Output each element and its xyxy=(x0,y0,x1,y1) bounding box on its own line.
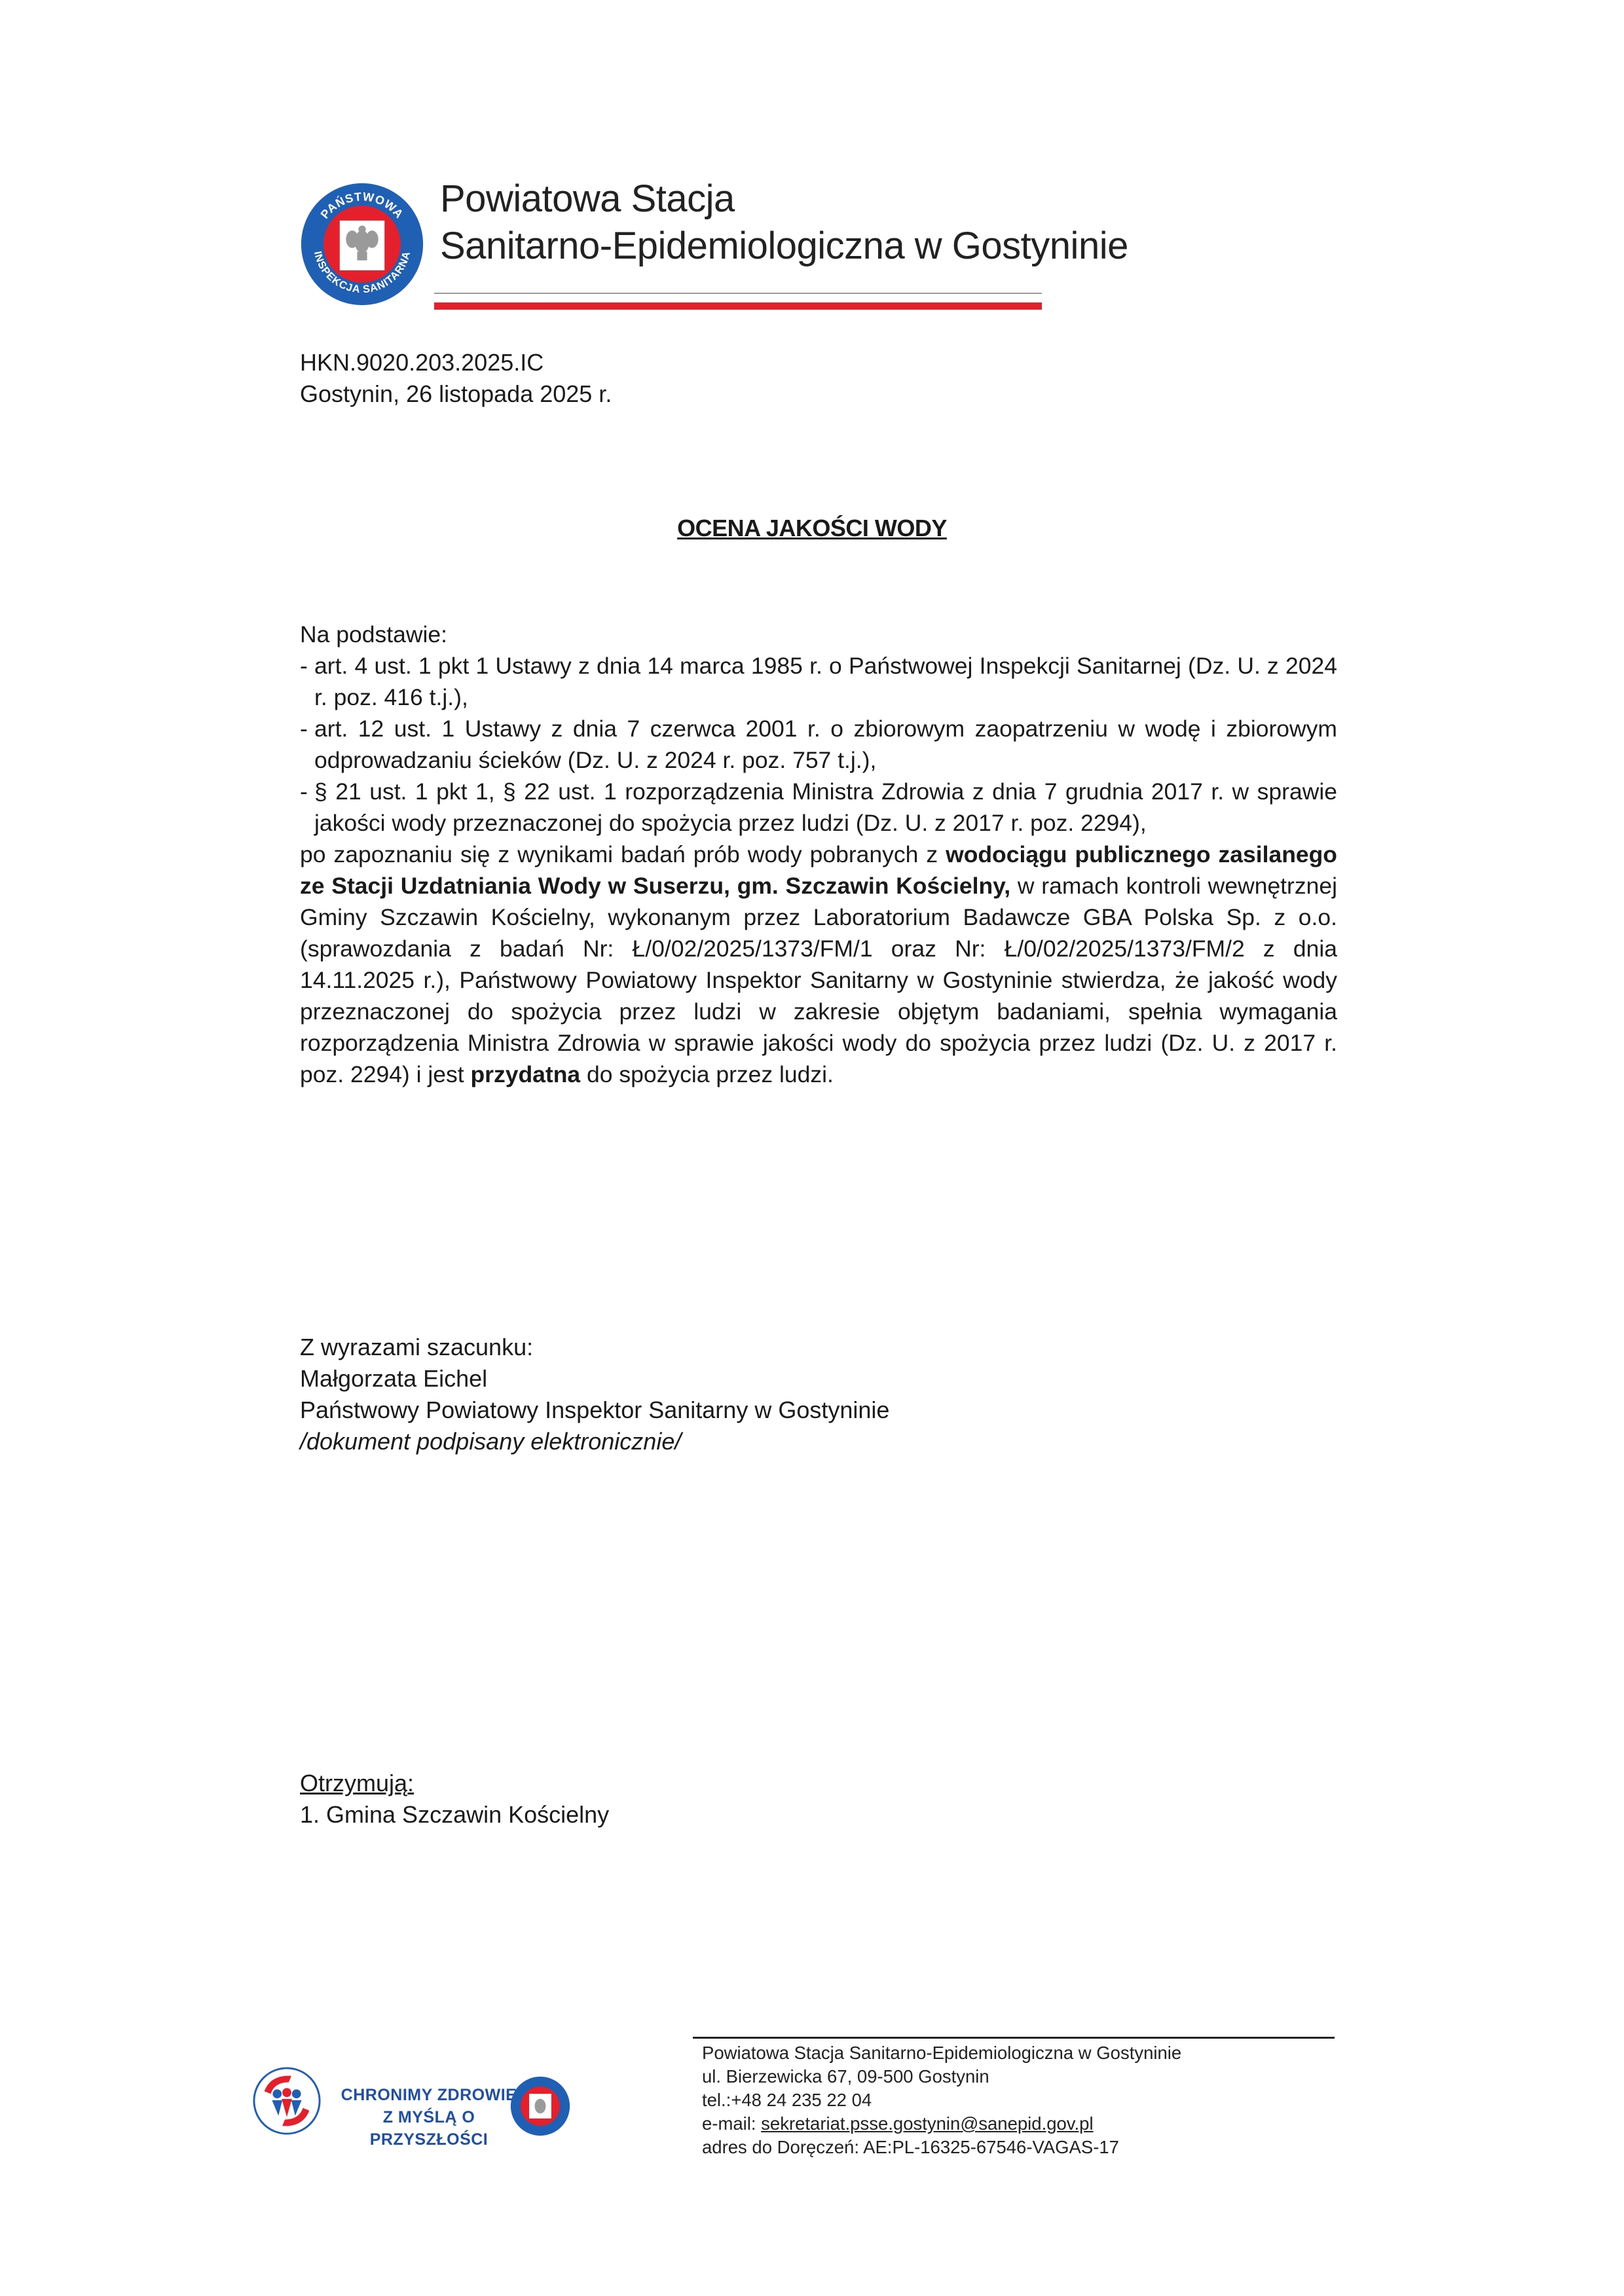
intro-text: Na podstawie: xyxy=(300,619,1337,650)
signer-name: Małgorzata Eichel xyxy=(300,1363,889,1394)
header-divider-red xyxy=(434,302,1042,310)
legal-basis-text: art. 4 ust. 1 pkt 1 Ustawy z dnia 14 mar… xyxy=(314,650,1337,713)
recipient-item: 1. Gmina Szczawin Kościelny xyxy=(300,1799,609,1831)
email-label: e-mail: xyxy=(702,2113,761,2134)
closing-text: Z wyrazami szacunku: xyxy=(300,1332,889,1363)
place-date: Gostynin, 26 listopada 2025 r. xyxy=(300,378,612,410)
footer-phone: tel.:+48 24 235 22 04 xyxy=(702,2088,1181,2112)
document-meta: HKN.9020.203.2025.IC Gostynin, 26 listop… xyxy=(300,347,612,410)
station-name: Powiatowa Stacja Sanitarno-Epidemiologic… xyxy=(440,175,1128,270)
verdict: przydatna xyxy=(470,1061,580,1087)
bullet-dash: - xyxy=(300,650,314,713)
footer-slogan: CHRONIMY ZDROWIE Z MYŚLĄ O PRZYSZŁOŚCI xyxy=(341,2084,517,2151)
recipients: Otrzymują: 1. Gmina Szczawin Kościelny xyxy=(300,1768,609,1831)
station-name-line1: Powiatowa Stacja xyxy=(440,175,1128,223)
document-body: Na podstawie: - art. 4 ust. 1 pkt 1 Usta… xyxy=(300,619,1337,1090)
header-divider-thin xyxy=(434,293,1042,294)
assessment-text: do spożycia przez ludzi. xyxy=(580,1061,834,1087)
footer-address: ul. Bierzewicka 67, 09-500 Gostynin xyxy=(702,2065,1181,2088)
bullet-dash: - xyxy=(300,776,314,839)
protecting-hands-people-icon xyxy=(251,2066,322,2136)
footer-org: Powiatowa Stacja Sanitarno-Epidemiologic… xyxy=(702,2041,1181,2065)
sanitary-inspection-badge-icon xyxy=(509,2075,571,2137)
footer-delivery-address: adres do Doręczeń: AE:PL-16325-67546-VAG… xyxy=(702,2136,1181,2159)
signature-block: Z wyrazami szacunku: Małgorzata Eichel P… xyxy=(300,1332,889,1457)
footer-email-row: e-mail: sekretariat.psse.gostynin@sanepi… xyxy=(702,2112,1181,2136)
legal-basis-item: - art. 4 ust. 1 pkt 1 Ustawy z dnia 14 m… xyxy=(300,650,1337,713)
legal-basis-text: art. 12 ust. 1 Ustawy z dnia 7 czerwca 2… xyxy=(314,713,1337,776)
footer-divider xyxy=(693,2037,1335,2039)
footer-contact: Powiatowa Stacja Sanitarno-Epidemiologic… xyxy=(702,2041,1181,2159)
document-title-text: OCENA JAKOŚCI WODY xyxy=(677,515,947,541)
signer-position: Państwowy Powiatowy Inspektor Sanitarny … xyxy=(300,1394,889,1426)
legal-basis-item: - art. 12 ust. 1 Ustawy z dnia 7 czerwca… xyxy=(300,713,1337,776)
slogan-line2: Z MYŚLĄ O PRZYSZŁOŚCI xyxy=(341,2106,517,2151)
reference-number: HKN.9020.203.2025.IC xyxy=(300,347,612,378)
email-link[interactable]: sekretariat.psse.gostynin@sanepid.gov.pl xyxy=(761,2113,1093,2134)
station-name-line2: Sanitarno-Epidemiologiczna w Gostyninie xyxy=(440,223,1128,270)
sanitary-inspection-badge-icon: PAŃSTWOWA INSPEKCJA SANITARNA xyxy=(300,182,424,306)
assessment-text: po zapoznaniu się z wynikami badań prób … xyxy=(300,841,946,867)
recipients-heading: Otrzymują: xyxy=(300,1768,609,1799)
legal-basis-item: - § 21 ust. 1 pkt 1, § 22 ust. 1 rozporz… xyxy=(300,776,1337,839)
slogan-line1: CHRONIMY ZDROWIE xyxy=(341,2084,517,2106)
e-signature-note: /dokument podpisany elektronicznie/ xyxy=(300,1428,681,1455)
document-title: OCENA JAKOŚCI WODY xyxy=(0,515,1624,542)
assessment-paragraph: po zapoznaniu się z wynikami badań prób … xyxy=(300,839,1337,1090)
legal-basis-text: § 21 ust. 1 pkt 1, § 22 ust. 1 rozporząd… xyxy=(314,776,1337,839)
assessment-text: w ramach kontroli wewnętrznej Gminy Szcz… xyxy=(300,873,1337,1087)
bullet-dash: - xyxy=(300,713,314,776)
